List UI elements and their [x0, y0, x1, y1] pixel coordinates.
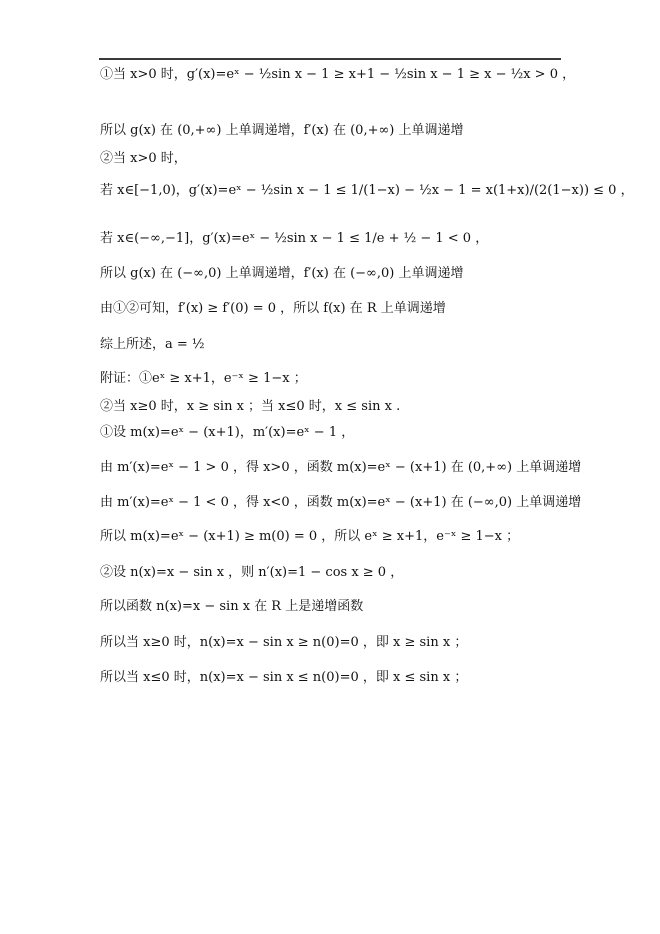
appendix-line-10: 所以当 x≤0 时，n(x)=x − sin x ≤ n(0)=0 ，即 x ≤…: [100, 669, 467, 687]
appendix-line-2: ②当 x≥0 时，x ≥ sin x ；当 x≤0 时，x ≤ sin x .: [100, 398, 400, 416]
proof-line-7: 由①②可知，f′(x) ≥ f′(0) = 0 ，所以 f(x) 在 R 上单调…: [100, 300, 446, 318]
proof-line-1: ①当 x>0 时，g′(x)=eˣ − ½sin x − 1 ≥ x+1 − ½…: [100, 66, 575, 84]
proof-line-4: 若 x∈[−1,0)，g′(x)=eˣ − ½sin x − 1 ≤ 1/(1−…: [100, 182, 634, 200]
appendix-line-3: ①设 m(x)=eˣ − (x+1)，m′(x)=eˣ − 1 ，: [100, 424, 354, 442]
proof-line-3: ②当 x>0 时，: [100, 150, 187, 168]
appendix-line-4: 由 m′(x)=eˣ − 1 > 0 ，得 x>0 ，函数 m(x)=eˣ − …: [100, 459, 581, 477]
appendix-line-1: 附证：①eˣ ≥ x+1，e⁻ˣ ≥ 1−x ；: [100, 370, 307, 388]
appendix-line-7: ②设 n(x)=x − sin x ，则 n′(x)=1 − cos x ≥ 0…: [100, 564, 403, 582]
appendix-line-8: 所以函数 n(x)=x − sin x 在 R 上是递增函数: [100, 598, 363, 616]
proof-line-5: 若 x∈(−∞,−1]，g′(x)=eˣ − ½sin x − 1 ≤ 1/e …: [100, 230, 488, 248]
header-rule: [99, 58, 561, 60]
proof-line-2: 所以 g(x) 在 (0,+∞) 上单调递增，f′(x) 在 (0,+∞) 上单…: [100, 122, 464, 140]
appendix-line-5: 由 m′(x)=eˣ − 1 < 0 ，得 x<0 ，函数 m(x)=eˣ − …: [100, 494, 581, 512]
appendix-line-9: 所以当 x≥0 时，n(x)=x − sin x ≥ n(0)=0 ，即 x ≥…: [100, 634, 467, 652]
conclusion-line: 综上所述，a = ½: [100, 336, 205, 354]
proof-line-6: 所以 g(x) 在 (−∞,0) 上单调递增，f′(x) 在 (−∞,0) 上单…: [100, 265, 464, 283]
appendix-line-6: 所以 m(x)=eˣ − (x+1) ≥ m(0) = 0 ，所以 eˣ ≥ x…: [100, 528, 519, 546]
